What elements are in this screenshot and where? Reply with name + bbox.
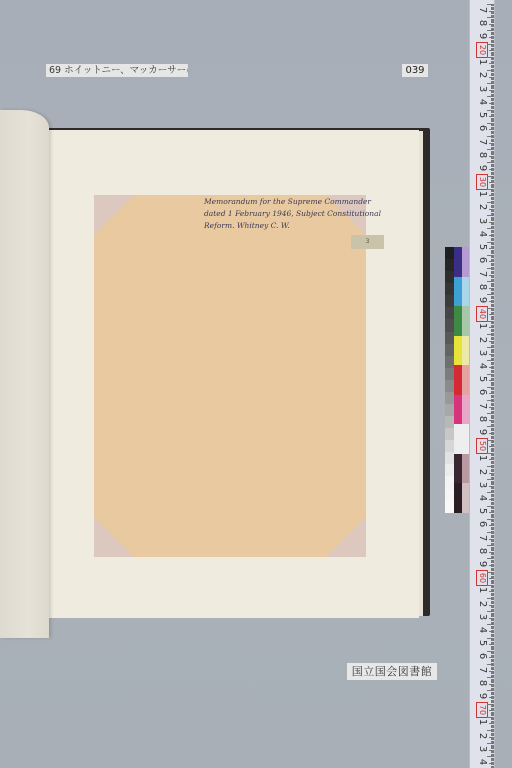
gray-step [445, 489, 454, 501]
handwritten-line: dated 1 February 1946, Subject Constitut… [204, 208, 354, 220]
gray-step [445, 464, 454, 476]
gray-step [445, 247, 454, 259]
gray-step [445, 319, 454, 331]
color-swatch [454, 454, 462, 484]
color-calibration-chart [445, 247, 471, 513]
gray-step [445, 392, 454, 404]
page-number-label: 039 [402, 64, 428, 77]
gray-step [445, 476, 454, 488]
document-sheet [94, 195, 366, 557]
gray-step [445, 440, 454, 452]
color-swatch [454, 336, 462, 366]
index-tab: 3 [351, 235, 384, 249]
handwritten-note: Memorandum for the Supreme Commander dat… [204, 196, 354, 232]
gray-step [445, 259, 454, 271]
gray-step [445, 501, 454, 513]
grayscale-strip [445, 247, 454, 513]
ruler-label: 4 [477, 753, 487, 768]
color-swatch [454, 395, 462, 425]
gray-step [445, 295, 454, 307]
handwritten-line: Memorandum for the Supreme Commander [204, 196, 354, 208]
gray-step [445, 368, 454, 380]
gray-step [445, 428, 454, 440]
color-swatch [454, 277, 462, 307]
gray-step [445, 307, 454, 319]
color-swatch [454, 306, 462, 336]
gray-step [445, 271, 454, 283]
color-swatch [454, 247, 462, 277]
photo-corner-bottom-right [326, 517, 366, 557]
gray-step [445, 416, 454, 428]
color-swatch [454, 483, 462, 513]
gray-step [445, 452, 454, 464]
item-title-label: 69 ホイットニー、マッカーサーにメモ [46, 64, 188, 77]
institution-label: 国立国会図書館 [347, 663, 437, 680]
color-swatch [454, 424, 462, 454]
gray-step [445, 380, 454, 392]
gray-step [445, 332, 454, 344]
left-page-curl [0, 110, 49, 638]
handwritten-line: Reform. Whitney C. W. [204, 220, 354, 232]
gray-step [445, 283, 454, 295]
photo-corner-top-left [94, 195, 134, 235]
gray-step [445, 404, 454, 416]
gray-step [445, 356, 454, 368]
photo-corner-bottom-left [94, 517, 134, 557]
measurement-ruler: 7892012345678930123456789401234567895012… [469, 0, 495, 768]
color-swatch [454, 365, 462, 395]
gray-step [445, 344, 454, 356]
